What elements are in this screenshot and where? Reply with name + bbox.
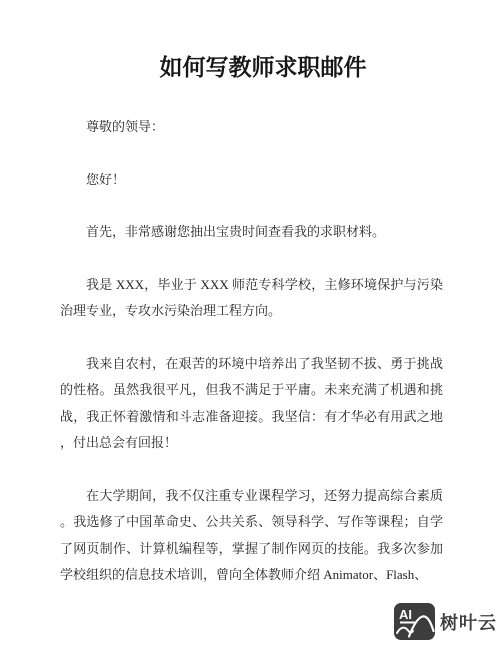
paragraph-self-intro: 我是 XXX，毕业于 XXX 师范专科学校，主修环境保护与污染治理专业，专攻水污… xyxy=(60,272,443,325)
paragraph-background: 我来自农村，在艰苦的环境中培养出了我坚韧不拔、勇于挑战的性格。虽然我很平凡，但我… xyxy=(60,351,443,457)
paragraph-thanks: 首先，非常感谢您抽出宝贵时间查看我的求职材料。 xyxy=(60,219,443,246)
watermark: AI 树叶云 xyxy=(394,603,497,640)
ai-image-logo-icon: AI xyxy=(394,603,435,640)
document-page: 如何写教师求职邮件 尊敬的领导： 您好！ 首先，非常感谢您抽出宝贵时间查看我的求… xyxy=(0,0,500,647)
document-body: 尊敬的领导： 您好！ 首先，非常感谢您抽出宝贵时间查看我的求职材料。 我是 XX… xyxy=(0,114,500,589)
document-title: 如何写教师求职邮件 xyxy=(0,0,500,81)
logo-ai-label: AI xyxy=(399,607,412,622)
salutation-line: 尊敬的领导： xyxy=(60,114,443,141)
greeting-line: 您好！ xyxy=(60,167,443,194)
watermark-brand-text: 树叶云 xyxy=(440,609,497,635)
paragraph-university: 在大学期间，我不仅注重专业课程学习，还努力提高综合素质。我选修了中国革命史、公共… xyxy=(60,483,443,589)
